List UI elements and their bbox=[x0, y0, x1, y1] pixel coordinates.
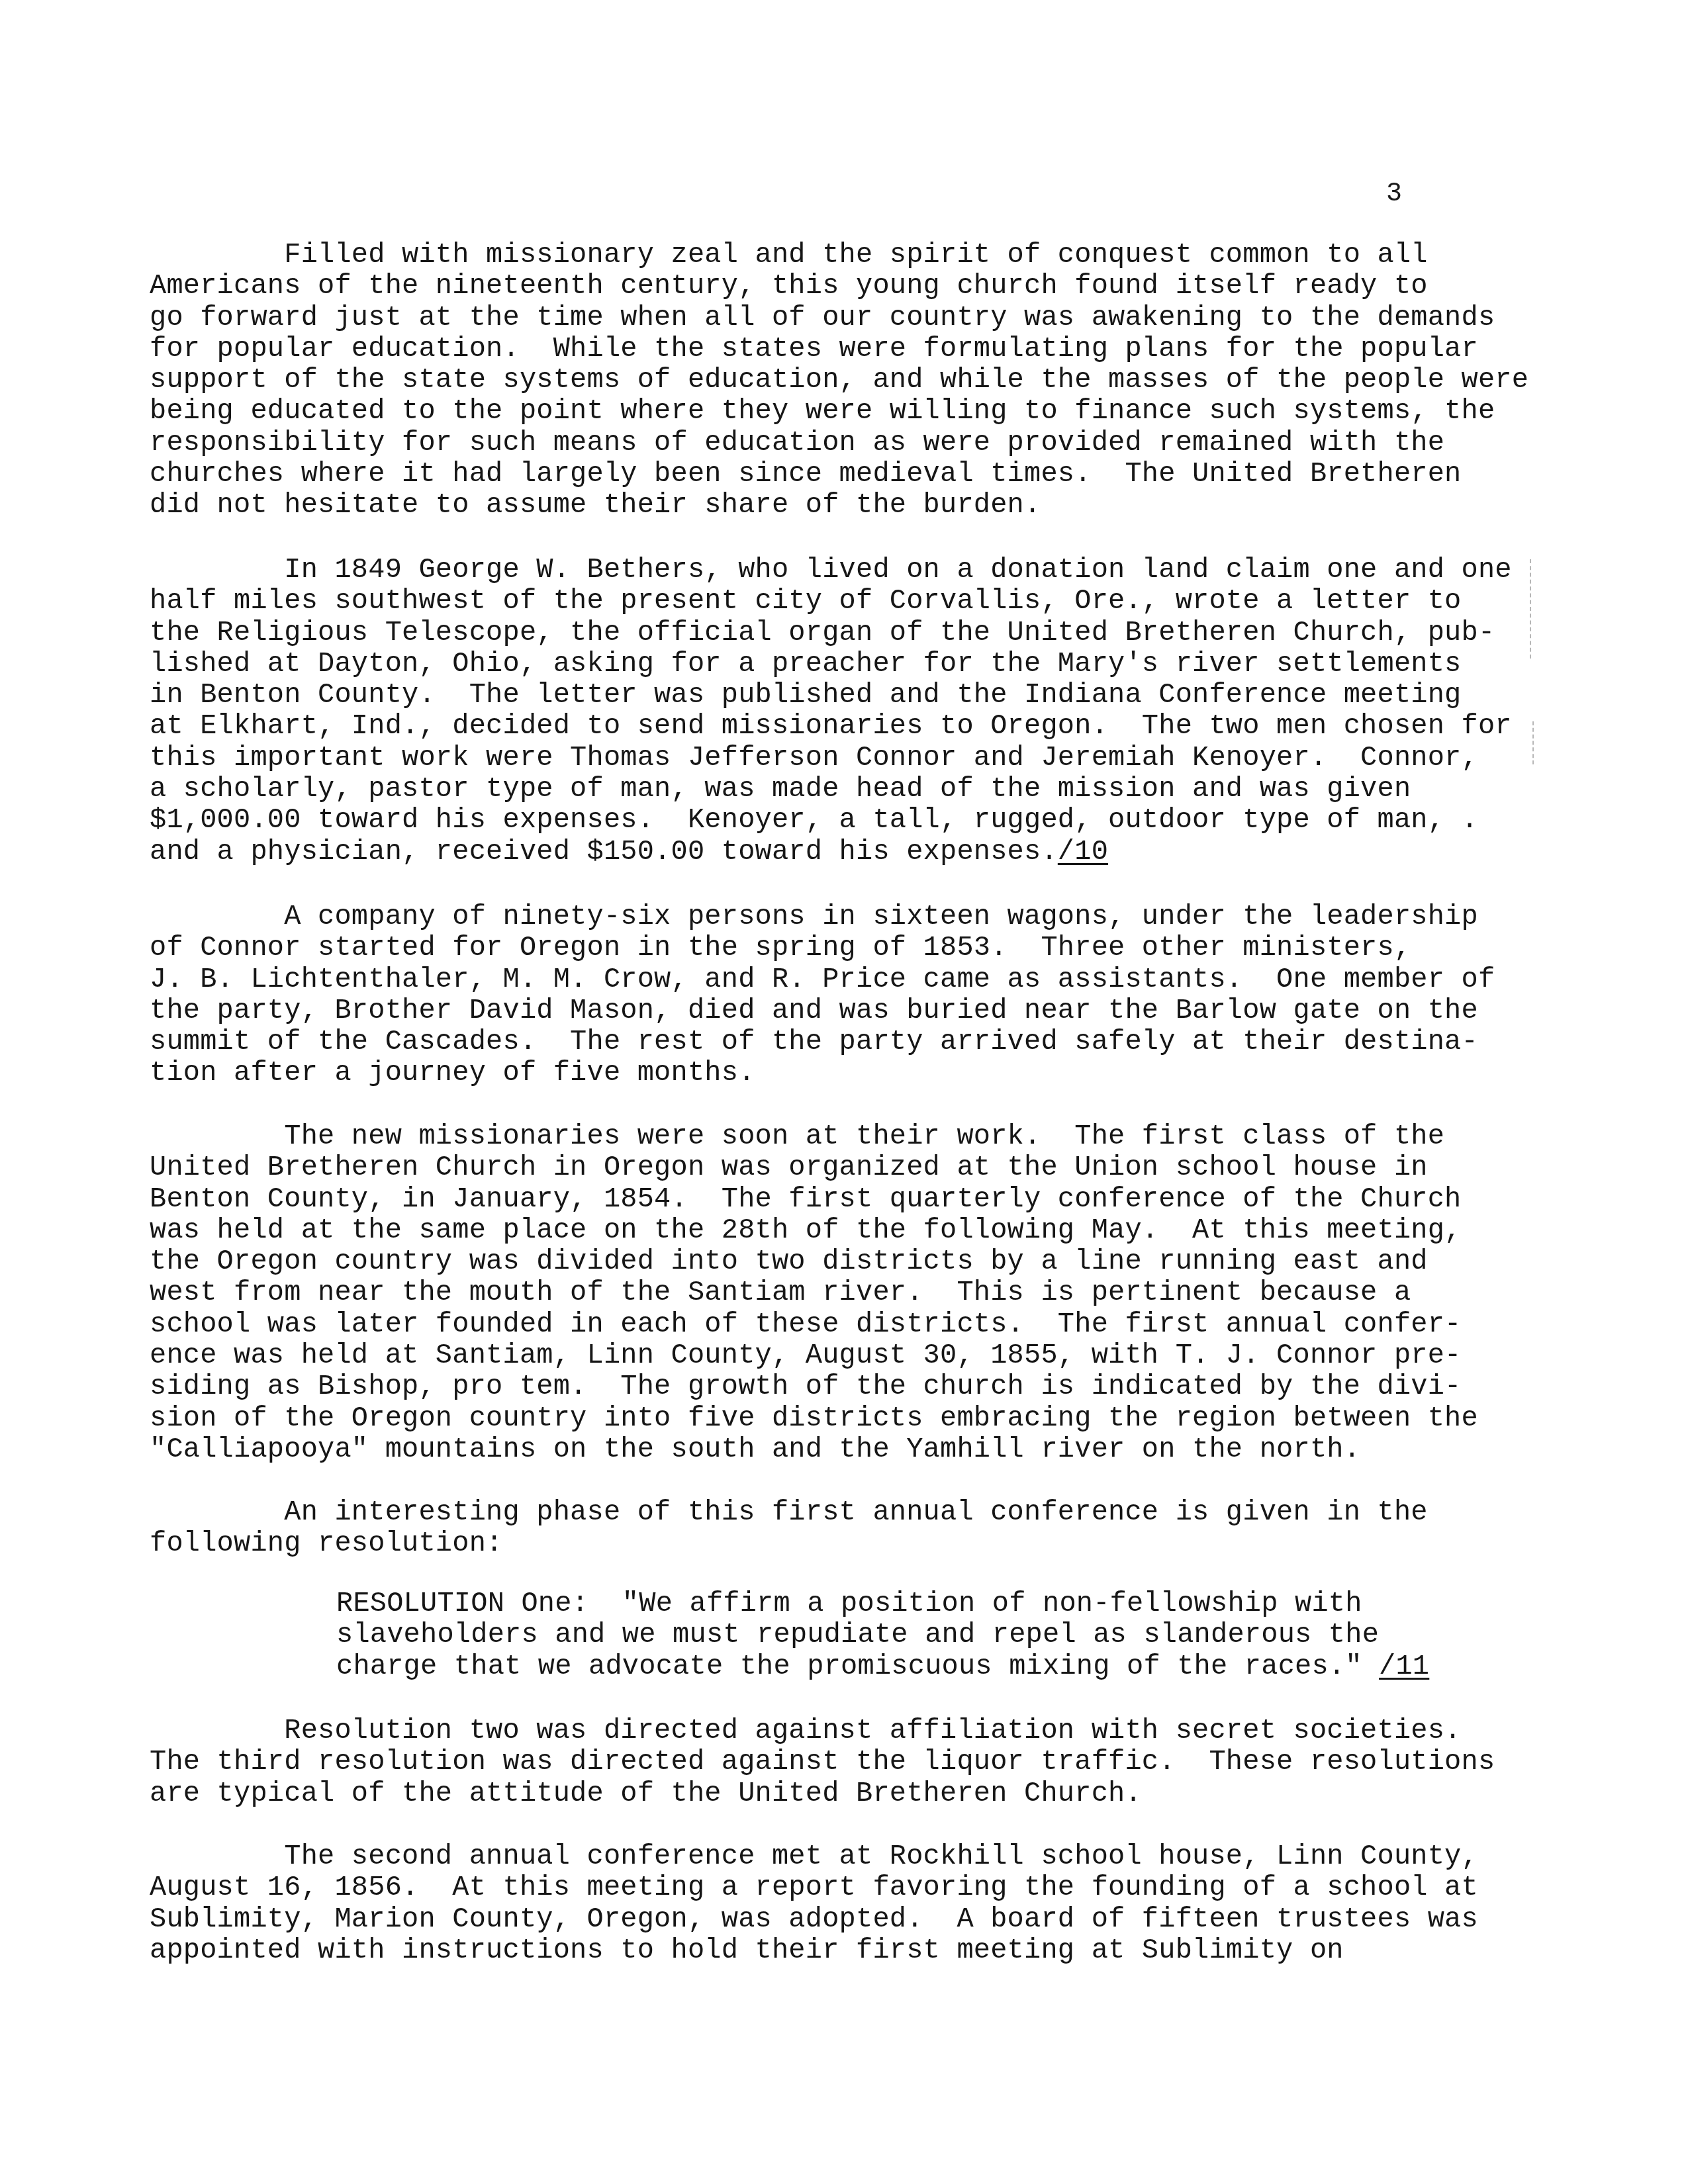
text-line: in Benton County. The letter was publish… bbox=[150, 680, 1566, 711]
page-number: 3 bbox=[1386, 179, 1402, 210]
scan-artifact-mark bbox=[1530, 559, 1532, 659]
text-line: In 1849 George W. Bethers, who lived on … bbox=[150, 555, 1566, 586]
text-line: United Bretheren Church in Oregon was or… bbox=[150, 1152, 1566, 1183]
text-line: ence was held at Santiam, Linn County, A… bbox=[150, 1340, 1566, 1371]
text-line: August 16, 1856. At this meeting a repor… bbox=[150, 1872, 1566, 1903]
text-line: lished at Dayton, Ohio, asking for a pre… bbox=[150, 649, 1566, 680]
text-line: The new missionaries were soon at their … bbox=[150, 1121, 1566, 1152]
text-line: The second annual conference met at Rock… bbox=[150, 1841, 1566, 1872]
text-line: half miles southwest of the present city… bbox=[150, 586, 1566, 617]
text-line: A company of ninety-six persons in sixte… bbox=[150, 901, 1566, 933]
text-line: summit of the Cascades. The rest of the … bbox=[150, 1026, 1566, 1058]
text-line: churches where it had largely been since… bbox=[150, 459, 1566, 490]
text-line: west from near the mouth of the Santiam … bbox=[150, 1277, 1566, 1308]
text-line: are typical of the attitude of the Unite… bbox=[150, 1778, 1566, 1809]
text-line: did not hesitate to assume their share o… bbox=[150, 490, 1566, 521]
text-line: J. B. Lichtenthaler, M. M. Crow, and R. … bbox=[150, 964, 1566, 995]
paragraph-new-missionaries: The new missionaries were soon at their … bbox=[150, 1121, 1566, 1465]
text-line: Americans of the nineteenth century, thi… bbox=[150, 271, 1566, 302]
paragraph-resolution-intro: An interesting phase of this first annua… bbox=[150, 1497, 1566, 1560]
block-quote-resolution-one: RESOLUTION One: "We affirm a position of… bbox=[336, 1588, 1462, 1682]
document-page: 3 Filled with missionary zeal and the sp… bbox=[0, 0, 1688, 2184]
quote-line: slaveholders and we must repudiate and r… bbox=[336, 1619, 1462, 1651]
footnote-marker-10: /10 bbox=[1058, 836, 1108, 868]
text-line: at Elkhart, Ind., decided to send missio… bbox=[150, 711, 1566, 742]
text-line: responsibility for such means of educati… bbox=[150, 428, 1566, 459]
text-line: support of the state systems of educatio… bbox=[150, 365, 1566, 396]
scan-artifact-mark bbox=[1532, 721, 1535, 764]
text-line: The third resolution was directed agains… bbox=[150, 1747, 1566, 1778]
text-line: go forward just at the time when all of … bbox=[150, 302, 1566, 334]
text-line: Benton County, in January, 1854. The fir… bbox=[150, 1184, 1566, 1215]
text-line-with-footnote: and a physician, received $150.00 toward… bbox=[150, 837, 1566, 868]
text-line: school was later founded in each of thes… bbox=[150, 1309, 1566, 1340]
text-line: Resolution two was directed against affi… bbox=[150, 1715, 1566, 1747]
text-segment: charge that we advocate the promiscuous … bbox=[336, 1651, 1379, 1682]
text-line: the party, Brother David Mason, died and… bbox=[150, 995, 1566, 1026]
text-line: appointed with instructions to hold thei… bbox=[150, 1935, 1566, 1966]
text-line: "Calliapooya" mountains on the south and… bbox=[150, 1434, 1566, 1465]
paragraph-company-journey: A company of ninety-six persons in sixte… bbox=[150, 901, 1566, 1089]
text-line: An interesting phase of this first annua… bbox=[150, 1497, 1566, 1528]
text-line: $1,000.00 toward his expenses. Kenoyer, … bbox=[150, 805, 1566, 836]
text-line: sion of the Oregon country into five dis… bbox=[150, 1403, 1566, 1434]
text-line: this important work were Thomas Jefferso… bbox=[150, 743, 1566, 774]
text-line: following resolution: bbox=[150, 1528, 1566, 1559]
quote-line-with-footnote: charge that we advocate the promiscuous … bbox=[336, 1651, 1462, 1682]
text-line: siding as Bishop, pro tem. The growth of… bbox=[150, 1371, 1566, 1402]
text-line: a scholarly, pastor type of man, was mad… bbox=[150, 774, 1566, 805]
text-line: Sublimity, Marion County, Oregon, was ad… bbox=[150, 1904, 1566, 1935]
paragraph-other-resolutions: Resolution two was directed against affi… bbox=[150, 1715, 1566, 1809]
text-line: Filled with missionary zeal and the spir… bbox=[150, 240, 1566, 271]
text-line: the Religious Telescope, the official or… bbox=[150, 617, 1566, 649]
paragraph-second-conference: The second annual conference met at Rock… bbox=[150, 1841, 1566, 1966]
footnote-marker-11: /11 bbox=[1379, 1651, 1429, 1682]
text-line: was held at the same place on the 28th o… bbox=[150, 1215, 1566, 1246]
paragraph-missionary-zeal: Filled with missionary zeal and the spir… bbox=[150, 240, 1566, 522]
text-line: of Connor started for Oregon in the spri… bbox=[150, 933, 1566, 964]
text-line: tion after a journey of five months. bbox=[150, 1058, 1566, 1089]
text-line: for popular education. While the states … bbox=[150, 334, 1566, 365]
text-line: the Oregon country was divided into two … bbox=[150, 1246, 1566, 1277]
quote-line: RESOLUTION One: "We affirm a position of… bbox=[336, 1588, 1462, 1619]
text-line: being educated to the point where they w… bbox=[150, 396, 1566, 427]
text-segment: and a physician, received $150.00 toward… bbox=[150, 836, 1058, 868]
paragraph-bethers-letter: In 1849 George W. Bethers, who lived on … bbox=[150, 555, 1566, 868]
